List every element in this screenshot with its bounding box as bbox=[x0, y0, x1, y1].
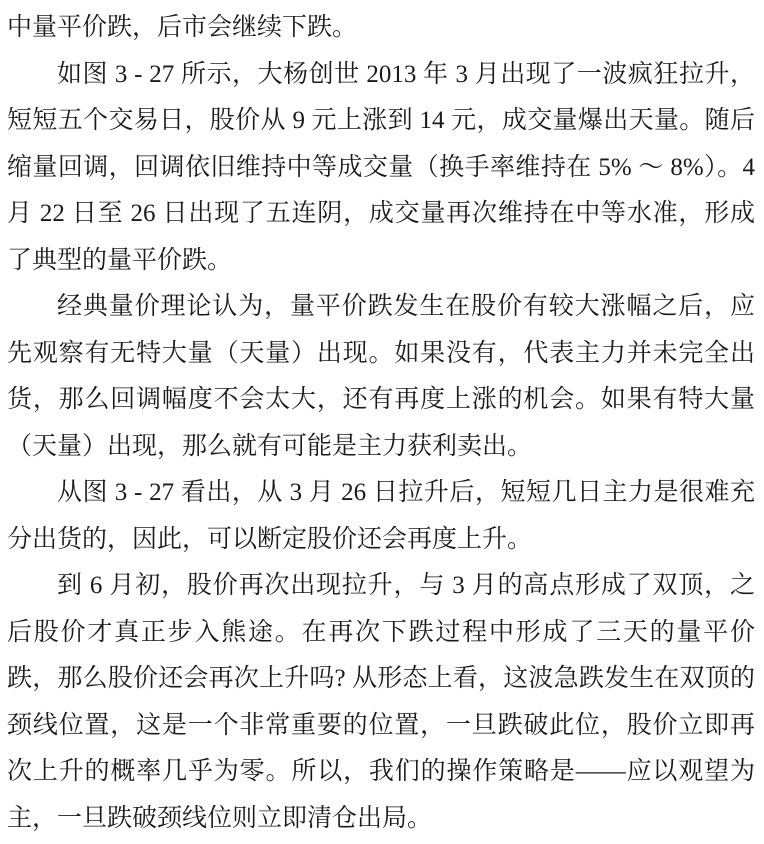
paragraph-continuation: 中量平价跌，后市会继续下跌。 bbox=[7, 5, 755, 52]
paragraph-figure-3-27-conclusion: 从图 3 - 27 看出，从 3 月 26 日拉升后，短短几日主力是很难充分出货… bbox=[7, 470, 755, 563]
paragraph-figure-3-27-rally: 如图 3 - 27 所示，大杨创世 2013 年 3 月出现了一波疯狂拉升，短短… bbox=[7, 52, 755, 285]
book-page-scan: { "colors": { "background": "#ffffff", "… bbox=[0, 0, 764, 844]
paragraph-classic-theory: 经典量价理论认为，量平价跌发生在股价有较大涨幅之后，应先观察有无特大量（天量）出… bbox=[7, 284, 755, 470]
page-content: 中量平价跌，后市会继续下跌。 如图 3 - 27 所示，大杨创世 2013 年 … bbox=[0, 0, 764, 844]
paragraph-june-double-top-strategy: 到 6 月初，股价再次出现拉升，与 3 月的高点形成了双顶，之后股价才真正步入熊… bbox=[7, 563, 755, 842]
